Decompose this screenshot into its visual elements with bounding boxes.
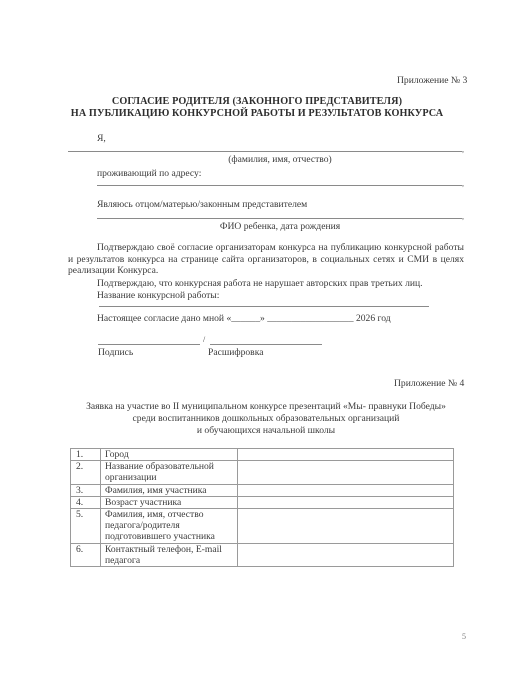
work-title-input-line[interactable] bbox=[99, 306, 429, 307]
copyright-line: Подтверждаю, что конкурсная работа не на… bbox=[97, 278, 423, 289]
row-label: Фамилия, имя, отчество педагога/родителя… bbox=[101, 509, 238, 544]
signature-input-line[interactable] bbox=[98, 344, 200, 345]
row-number: 1. bbox=[71, 449, 101, 461]
signature-separator: / bbox=[203, 335, 205, 344]
consent-title-line-1: СОГЛАСИЕ РОДИТЕЛЯ (ЗАКОННОГО ПРЕДСТАВИТЕ… bbox=[0, 96, 514, 107]
appendix-4-label: Приложение № 4 bbox=[394, 378, 464, 389]
row-number: 4. bbox=[71, 496, 101, 508]
row-label: Контактный телефон, E-mail педагога bbox=[101, 543, 238, 566]
signature-label: Подпись bbox=[98, 347, 133, 358]
row-number: 6. bbox=[71, 543, 101, 566]
appendix-3-label: Приложение № 3 bbox=[397, 75, 467, 86]
row-value-cell[interactable] bbox=[238, 509, 454, 544]
address-label: проживающий по адресу: bbox=[97, 168, 201, 179]
application-heading-line-1: Заявка на участие во II муниципальном ко… bbox=[0, 401, 514, 412]
comma: , bbox=[462, 212, 464, 221]
row-value-cell[interactable] bbox=[238, 449, 454, 461]
row-label: Возраст участника bbox=[101, 496, 238, 508]
relation-label: Являюсь отцом/матерью/законным представи… bbox=[97, 199, 307, 210]
comma: , bbox=[462, 179, 464, 188]
row-number: 3. bbox=[71, 484, 101, 496]
row-label: Название образовательной организации bbox=[101, 461, 238, 484]
ya-label: Я, bbox=[97, 133, 106, 144]
comma: , bbox=[462, 145, 464, 154]
page-number: 5 bbox=[462, 632, 466, 641]
table-row: 3.Фамилия, имя участника bbox=[71, 484, 454, 496]
row-value-cell[interactable] bbox=[238, 543, 454, 566]
row-value-cell[interactable] bbox=[238, 484, 454, 496]
consent-title-line-2: НА ПУБЛИКАЦИЮ КОНКУРСНОЙ РАБОТЫ И РЕЗУЛЬ… bbox=[0, 108, 514, 119]
address-input-line[interactable] bbox=[97, 185, 462, 186]
date-line: Настоящее согласие дано мной «______» __… bbox=[97, 313, 391, 324]
child-caption: ФИО ребенка, дата рождения bbox=[180, 221, 380, 232]
consent-paragraph: Подтверждаю своё согласие организаторам … bbox=[68, 242, 464, 277]
fio-caption: (фамилия, имя, отчество) bbox=[180, 154, 380, 165]
application-table: 1.Город2.Название образовательной органи… bbox=[70, 448, 454, 567]
row-label: Фамилия, имя участника bbox=[101, 484, 238, 496]
decode-input-line[interactable] bbox=[210, 344, 322, 345]
row-value-cell[interactable] bbox=[238, 461, 454, 484]
row-value-cell[interactable] bbox=[238, 496, 454, 508]
row-number: 5. bbox=[71, 509, 101, 544]
table-row: 5.Фамилия, имя, отчество педагога/родите… bbox=[71, 509, 454, 544]
child-input-line[interactable] bbox=[97, 218, 462, 219]
table-row: 1.Город bbox=[71, 449, 454, 461]
work-title-label: Название конкурсной работы: bbox=[97, 290, 219, 301]
table-row: 4.Возраст участника bbox=[71, 496, 454, 508]
fio-input-line[interactable] bbox=[68, 151, 462, 152]
decode-label: Расшифровка bbox=[208, 347, 264, 358]
table-row: 2.Название образовательной организации bbox=[71, 461, 454, 484]
application-heading-line-3: и обучающихся начальной школы bbox=[0, 425, 514, 436]
row-number: 2. bbox=[71, 461, 101, 484]
row-label: Город bbox=[101, 449, 238, 461]
application-heading-line-2: среди воспитанников дошкольных образоват… bbox=[0, 413, 514, 424]
table-row: 6.Контактный телефон, E-mail педагога bbox=[71, 543, 454, 566]
